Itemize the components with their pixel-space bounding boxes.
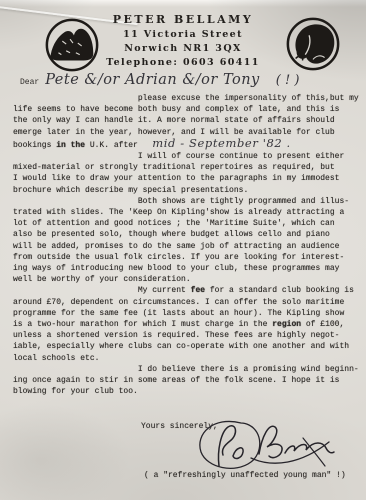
scanned-letter: PETER BELLAMY 11 Victoria Street Norwich… xyxy=(0,0,366,500)
letter-body: please excuse the impersonality of this,… xyxy=(13,93,360,433)
paragraph-availability: please excuse the impersonality of this,… xyxy=(13,93,360,151)
postscript-line: ( a "refreshingly unaffected young man" … xyxy=(144,471,346,480)
greeting-dear: Dear xyxy=(20,78,39,87)
paragraph-folk-scene: I do believe there is a promising wind b… xyxy=(13,364,360,398)
greeting-line: Dear Pete &/or Adrian &/or Tony ( ! ) xyxy=(20,72,299,88)
signature-scrawl xyxy=(183,416,338,478)
greeting-names-handwritten: Pete &/or Adrian &/or Tony xyxy=(45,72,260,88)
mountain-logo-icon xyxy=(43,16,101,74)
cat-logo-icon xyxy=(284,15,342,73)
paragraph-repertoire: I will of course continue to present eit… xyxy=(13,151,360,196)
paragraph-shows: Both shows are tightly programmed and il… xyxy=(13,196,360,286)
paragraph-fees: My current fee for a standard club booki… xyxy=(13,285,360,363)
greeting-exclamation: ( ! ) xyxy=(276,73,300,88)
